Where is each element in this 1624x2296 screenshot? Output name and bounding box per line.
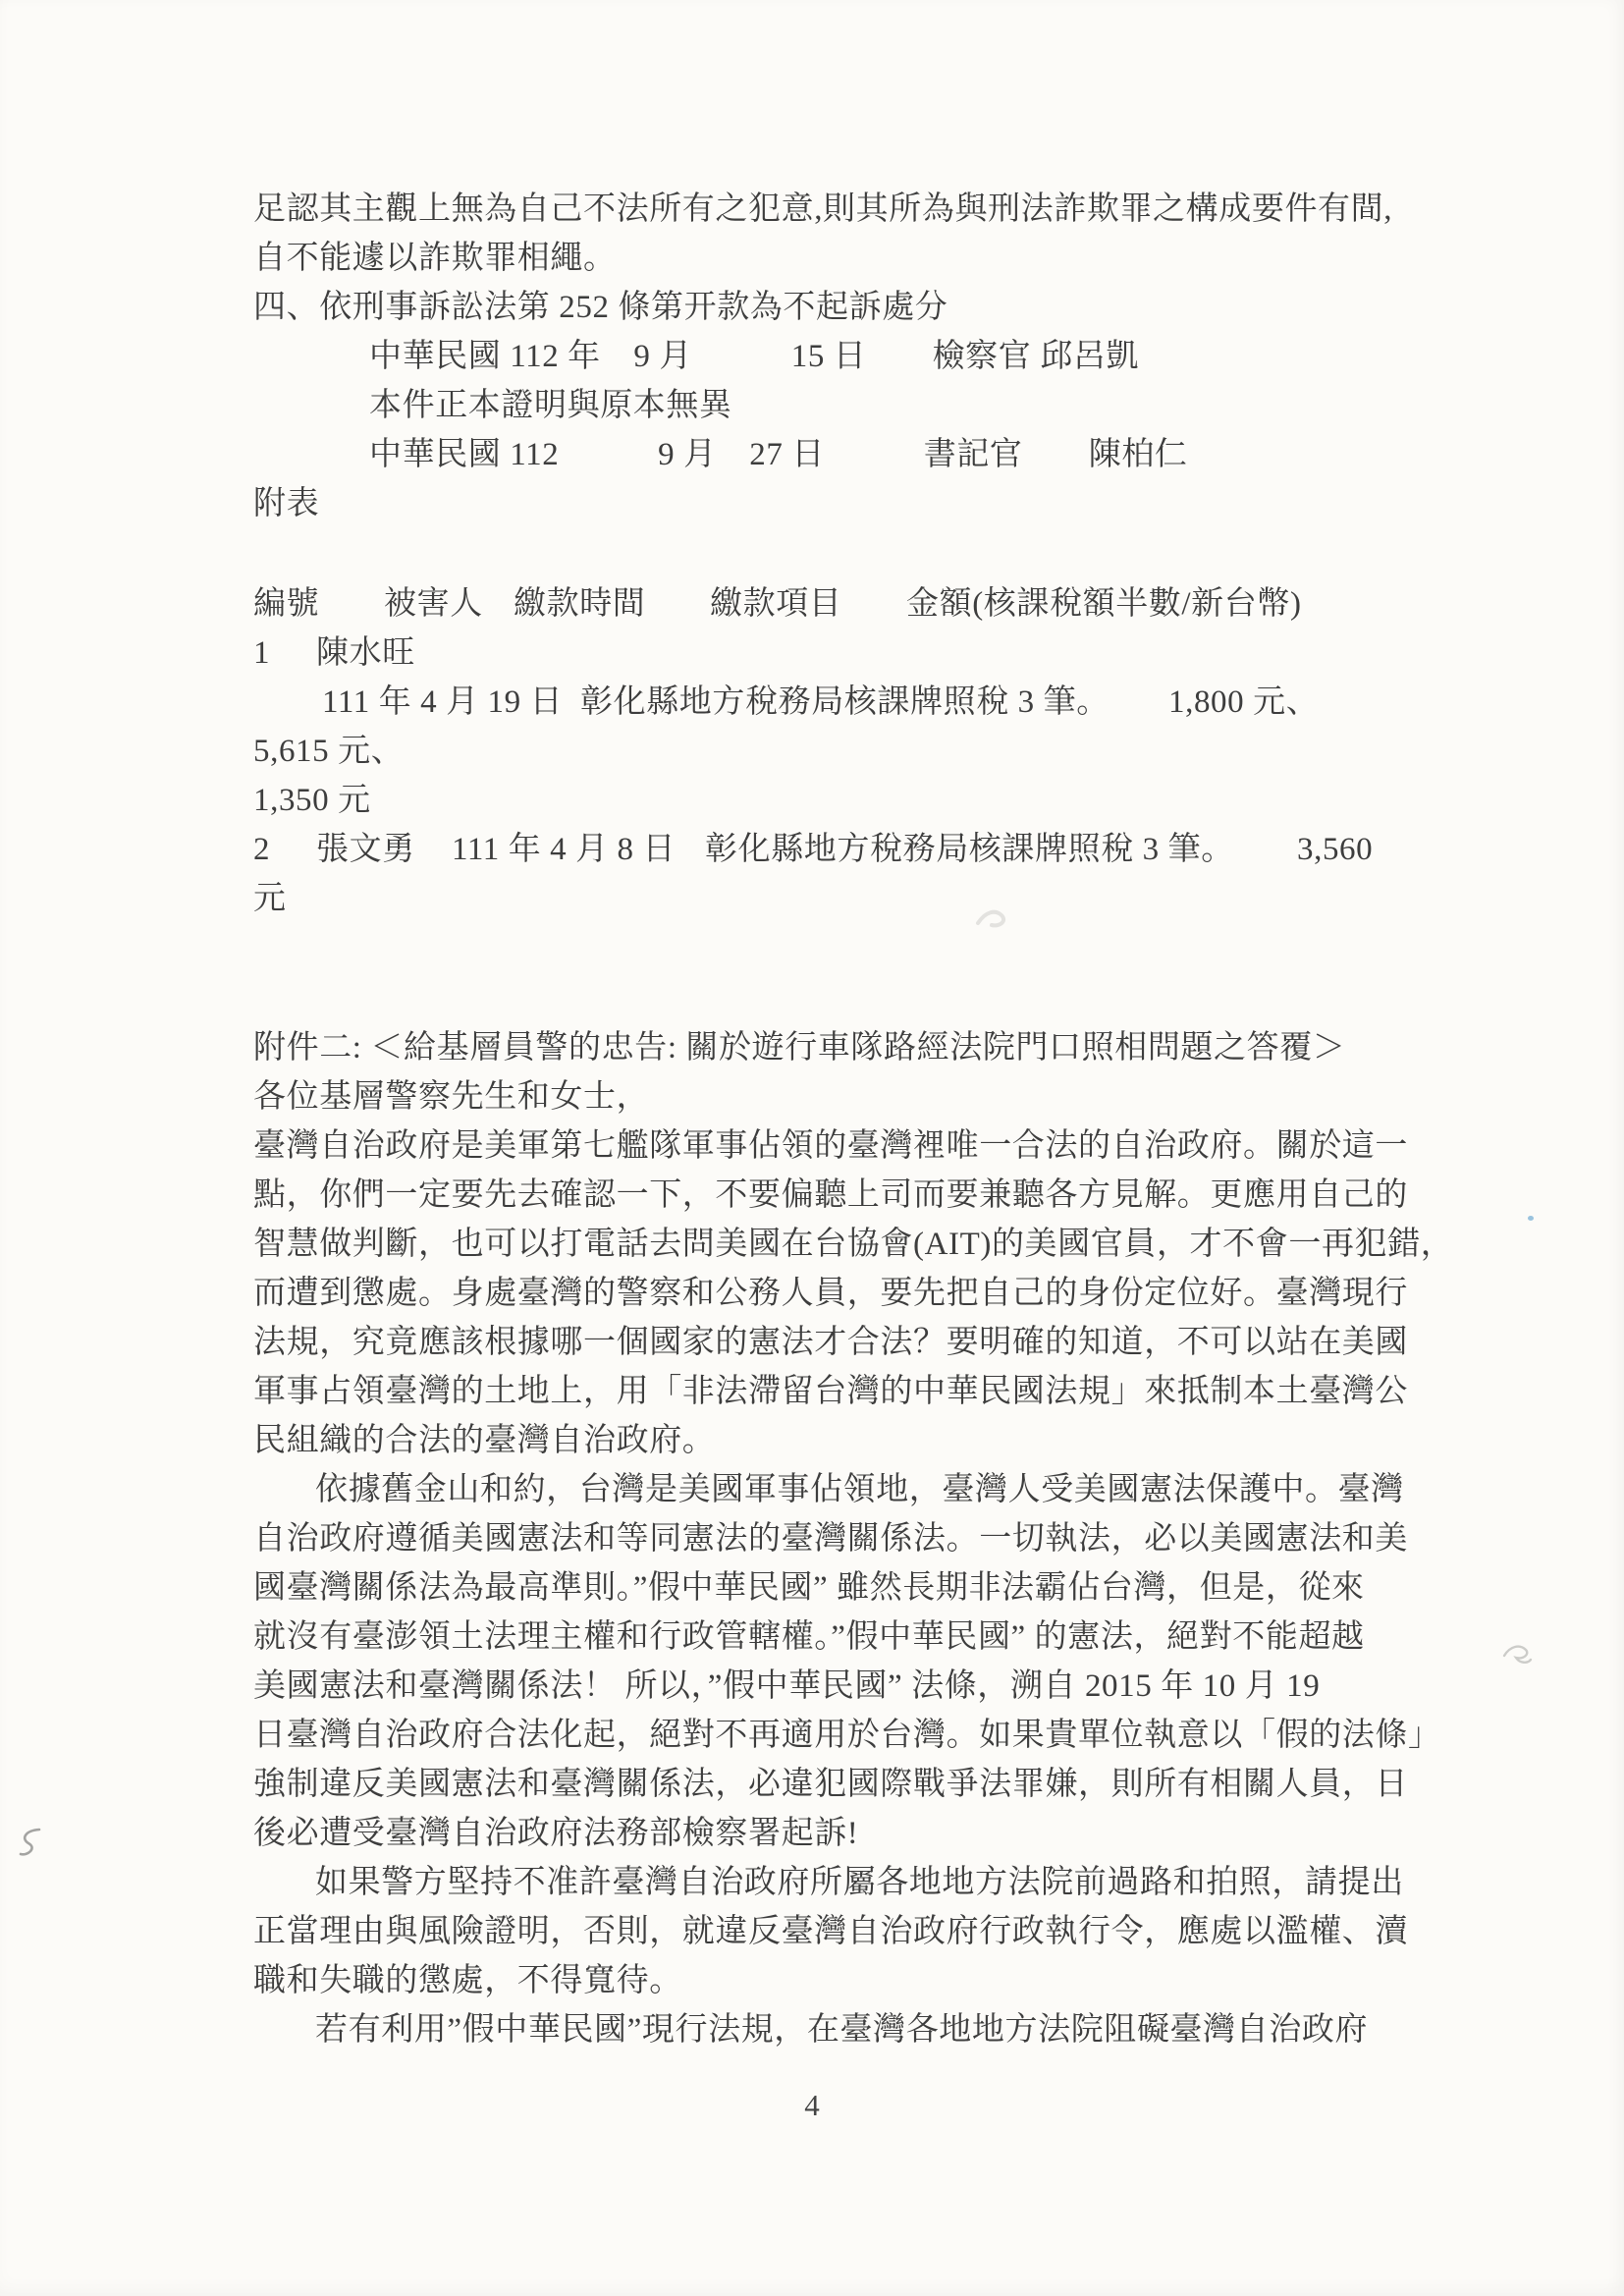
page-number: 4 [0, 2084, 1624, 2127]
attachment2-title: 附件二: ＜給基層員警的忠告: 關於遊行車隊路經法院門口照相問題之答覆＞ [253, 1023, 1392, 1072]
paragraph3-line: 職和失職的懲處，不得寬待。 [253, 1956, 1392, 2005]
attachment2-salutation: 各位基層警察先生和女士， [253, 1072, 1392, 1121]
col-amount: 金額(核課稅額半數/新台幣) [906, 579, 1302, 629]
row1-amount-1: 1,800 元、 [1168, 678, 1319, 727]
attached-table-label: 附表 [253, 479, 1392, 528]
paragraph2-line: 美國憲法和臺灣關係法！ 所以，”假中華民國” 法條，溯自 2015 年 10 月… [253, 1662, 1392, 1711]
row2-serial: 2 [253, 825, 270, 874]
paragraph1-line: 民組織的合法的臺灣自治政府。 [253, 1416, 1392, 1465]
paragraph4-line: 若有利用”假中華民國”現行法規，在臺灣各地地方法院阻礙臺灣自治政府 [253, 2005, 1392, 2054]
table-row-1-line-2: 111 年 4 月 19 日 彰化縣地方稅務局核課牌照稅 3 筆。 1,800 … [253, 678, 1392, 727]
col-payment-time: 繳款時間 [514, 579, 645, 629]
col-victim: 被害人 [384, 579, 483, 629]
paragraph2-line: 依據舊金山和約，台灣是美國軍事佔領地，臺灣人受美國憲法保護中。臺灣 [253, 1465, 1392, 1514]
scan-pen-mark-icon [16, 1825, 45, 1862]
date-prosecutor-line: 中華民國 112 年 9 月 15 日 檢察官 邱呂凱 [253, 332, 1392, 381]
row1-serial: 1 [253, 629, 270, 678]
paragraph1-line: 臺灣自治政府是美軍第七艦隊軍事佔領的臺灣裡唯一合法的自治政府。關於這一 [253, 1121, 1392, 1171]
col-payment-item: 繳款項目 [710, 579, 841, 629]
row1-payment-time: 111 年 4 月 19 日 [322, 678, 563, 727]
date-clerk-line: 中華民國 112 9 月 27 日 書記官 陳柏仁 [253, 430, 1392, 479]
row2-amount-value: 3,560 [1297, 825, 1373, 874]
ruling-line-1: 足認其主觀上無為自己不法所有之犯意,則其所為與刑法詐欺罪之構成要件有間, [253, 185, 1392, 234]
ruling-section-4: 四、依刑事訴訟法第 252 條第开款為不起訴處分 [253, 283, 1392, 332]
paragraph1-line: 點，你們一定要先去確認一下，不要偏聽上司而要兼聽各方見解。更應用自己的 [253, 1171, 1392, 1220]
table-row-2-line-1: 2 張文勇 111 年 4 月 8 日 彰化縣地方稅務局核課牌照稅 3 筆。 3… [253, 825, 1392, 874]
table-row-1-amount-3: 1,350 元 [253, 776, 1392, 825]
row2-payment-item: 彰化縣地方稅務局核課牌照稅 3 筆。 [705, 825, 1234, 874]
table-row-1-amount-2: 5,615 元、 [253, 727, 1392, 776]
table-header-row: 編號 被害人 繳款時間 繳款項目 金額(核課稅額半數/新台幣) [253, 579, 1392, 629]
table-row-1-line-1: 1 陳水旺 [253, 629, 1392, 678]
paragraph2-line: 強制違反美國憲法和臺灣關係法，必違犯國際戰爭法罪嫌，則所有相關人員，日 [253, 1760, 1392, 1809]
paragraph2-line: 後必遭受臺灣自治政府法務部檢察署起訴! [253, 1809, 1392, 1858]
paragraph3-line: 如果警方堅持不准許臺灣自治政府所屬各地地方法院前過路和拍照，請提出 [253, 1858, 1392, 1907]
paragraph1-line: 智慧做判斷，也可以打電話去問美國在台協會(AIT)的美國官員，才不會一再犯錯， [253, 1220, 1392, 1269]
paragraph2-line: 就沒有臺澎領土法理主權和行政管轄權。”假中華民國” 的憲法，絕對不能超越 [253, 1613, 1392, 1662]
paragraph1-line: 法規，究竟應該根據哪一個國家的憲法才合法？要明確的知道，不可以站在美國 [253, 1318, 1392, 1367]
paragraph3-line: 正當理由與風險證明，否則，就違反臺灣自治政府行政執行令，應處以濫權、瀆 [253, 1907, 1392, 1956]
row1-payment-item: 彰化縣地方稅務局核課牌照稅 3 筆。 [580, 678, 1110, 727]
table-row-2-amount-unit: 元 [253, 874, 1392, 923]
scan-curl-mark-icon [1500, 1638, 1534, 1667]
row1-victim: 陳水旺 [316, 629, 415, 678]
paragraph1-line: 而遭到懲處。身處臺灣的警察和公務人員，要先把自己的身份定位好。臺灣現行 [253, 1269, 1392, 1318]
certification-line: 本件正本證明與原本無異 [253, 381, 1392, 430]
col-serial-number: 編號 [253, 579, 319, 629]
paragraph2-line: 自治政府遵循美國憲法和等同憲法的臺灣關係法。一切執法，必以美國憲法和美 [253, 1514, 1392, 1563]
row2-victim: 張文勇 [316, 825, 415, 874]
scan-blue-speck [1528, 1216, 1534, 1221]
paragraph2-line: 日臺灣自治政府合法化起，絕對不再適用於台灣。如果貴單位執意以「假的法條」 [253, 1711, 1392, 1760]
row2-payment-time: 111 年 4 月 8 日 [452, 825, 676, 874]
ruling-line-2: 自不能遽以詐欺罪相繩。 [253, 234, 1392, 283]
document-body: 足認其主觀上無為自己不法所有之犯意,則其所為與刑法詐欺罪之構成要件有間, 自不能… [253, 185, 1392, 2054]
paragraph1-line: 軍事占領臺灣的土地上，用「非法滯留台灣的中華民國法規」來抵制本土臺灣公 [253, 1367, 1392, 1416]
paragraph2-line: 國臺灣關係法為最高準則。”假中華民國” 雖然長期非法霸佔台灣，但是，從來 [253, 1563, 1392, 1613]
scanned-document-page: 足認其主觀上無為自己不法所有之犯意,則其所為與刑法詐欺罪之構成要件有間, 自不能… [0, 0, 1624, 2296]
